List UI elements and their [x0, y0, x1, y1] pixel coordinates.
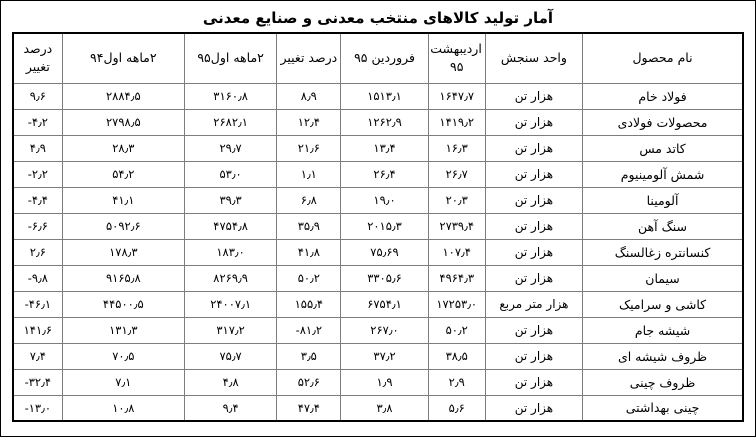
- pct-change-month-cell: ۱٫۱: [277, 161, 341, 187]
- value-2mo-95-cell: ۲۴۰۰۷٫۱: [184, 291, 276, 317]
- value-2mo-94-cell: ۵۴٫۲: [62, 161, 184, 187]
- product-name-cell: فولاد خام: [583, 83, 743, 109]
- pct-change-month-cell: ۴۷٫۴: [277, 395, 341, 421]
- unit-cell: هزار تن: [485, 343, 582, 369]
- value-ordibehesht-cell: ۱۷۲۵۳٫۰: [428, 291, 485, 317]
- header-row: نام محصول واحد سنجش اردیبهشت ۹۵ فروردین …: [13, 33, 743, 83]
- table-row: شیشه جامهزار تن۵۰٫۲۲۶۷٫۰-۸۱٫۲۳۱۷٫۲۱۳۱٫۳۱…: [13, 317, 743, 343]
- table-row: محصولات فولادیهزار تن۱۴۱۹٫۲۱۲۶۲٫۹۱۲٫۴۲۶۸…: [13, 109, 743, 135]
- value-ordibehesht-cell: ۴۹۶۴٫۳: [428, 265, 485, 291]
- value-2mo-95-cell: ۳۹٫۳: [184, 187, 276, 213]
- value-2mo-94-cell: ۲۷۹۸٫۵: [62, 109, 184, 135]
- product-name-cell: کاشی و سرامیک: [583, 291, 743, 317]
- table-row: ظروف چینیهزار تن۲٫۹۱٫۹۵۲٫۶۴٫۸۷٫۱-۳۲٫۴: [13, 369, 743, 395]
- value-farvardin-cell: ۲۰۱۵٫۳: [341, 213, 428, 239]
- header-pct-change-2mo: درصد تغییر: [13, 33, 62, 83]
- pct-change-2mo-cell: -۲٫۲: [13, 161, 62, 187]
- value-2mo-94-cell: ۲۸۸۴٫۵: [62, 83, 184, 109]
- header-product-name: نام محصول: [583, 33, 743, 83]
- product-name-cell: آلومینا: [583, 187, 743, 213]
- value-2mo-95-cell: ۷۵٫۷: [184, 343, 276, 369]
- value-2mo-95-cell: ۵۳٫۰: [184, 161, 276, 187]
- table-header: نام محصول واحد سنجش اردیبهشت ۹۵ فروردین …: [13, 33, 743, 83]
- product-name-cell: شیشه جام: [583, 317, 743, 343]
- pct-change-2mo-cell: -۴٫۴: [13, 187, 62, 213]
- value-2mo-94-cell: ۵۰۹۲٫۶: [62, 213, 184, 239]
- table-row: شمش آلومینیومهزار تن۲۶٫۷۲۶٫۴۱٫۱۵۳٫۰۵۴٫۲-…: [13, 161, 743, 187]
- value-2mo-94-cell: ۴۱٫۱: [62, 187, 184, 213]
- unit-cell: هزار تن: [485, 239, 582, 265]
- value-2mo-94-cell: ۴۴۵۰۰٫۵: [62, 291, 184, 317]
- table-row: کاتد مسهزار تن۱۶٫۳۱۳٫۴۲۱٫۶۲۹٫۷۲۸٫۳۴٫۹: [13, 135, 743, 161]
- value-2mo-95-cell: ۱۸۳٫۰: [184, 239, 276, 265]
- value-ordibehesht-cell: ۵۰٫۲: [428, 317, 485, 343]
- pct-change-month-cell: ۸٫۹: [277, 83, 341, 109]
- pct-change-2mo-cell: ۱۴۱٫۶: [13, 317, 62, 343]
- pct-change-2mo-cell: -۱۳٫۰: [13, 395, 62, 421]
- product-name-cell: سیمان: [583, 265, 743, 291]
- pct-change-month-cell: ۱۵۵٫۴: [277, 291, 341, 317]
- value-farvardin-cell: ۱۲۶۲٫۹: [341, 109, 428, 135]
- table-row: سیمانهزار تن۴۹۶۴٫۳۳۳۰۵٫۶۵۰٫۲۸۲۶۹٫۹۹۱۶۵٫۸…: [13, 265, 743, 291]
- value-ordibehesht-cell: ۱۶٫۳: [428, 135, 485, 161]
- header-unit: واحد سنجش: [485, 33, 582, 83]
- value-farvardin-cell: ۲۶۷٫۰: [341, 317, 428, 343]
- value-ordibehesht-cell: ۵٫۶: [428, 395, 485, 421]
- value-farvardin-cell: ۳٫۸: [341, 395, 428, 421]
- pct-change-month-cell: ۴۱٫۸: [277, 239, 341, 265]
- value-ordibehesht-cell: ۲٫۹: [428, 369, 485, 395]
- pct-change-month-cell: ۶٫۸: [277, 187, 341, 213]
- value-2mo-95-cell: ۴٫۸: [184, 369, 276, 395]
- unit-cell: هزار تن: [485, 369, 582, 395]
- pct-change-month-cell: ۳۵٫۹: [277, 213, 341, 239]
- pct-change-2mo-cell: ۲٫۶: [13, 239, 62, 265]
- unit-cell: هزار تن: [485, 161, 582, 187]
- value-2mo-94-cell: ۷۰٫۵: [62, 343, 184, 369]
- pct-change-2mo-cell: -۴۶٫۱: [13, 291, 62, 317]
- pct-change-2mo-cell: -۶٫۶: [13, 213, 62, 239]
- header-2mo-first-94: ۲ماهه اول۹۴: [62, 33, 184, 83]
- value-2mo-95-cell: ۹٫۴: [184, 395, 276, 421]
- value-ordibehesht-cell: ۲۶٫۷: [428, 161, 485, 187]
- value-ordibehesht-cell: ۱۴۱۹٫۲: [428, 109, 485, 135]
- table-row: آلومیناهزار تن۲۰٫۳۱۹٫۰۶٫۸۳۹٫۳۴۱٫۱-۴٫۴: [13, 187, 743, 213]
- value-farvardin-cell: ۲۶٫۴: [341, 161, 428, 187]
- value-2mo-94-cell: ۱۳۱٫۳: [62, 317, 184, 343]
- product-name-cell: کنسانتره زغالسنگ: [583, 239, 743, 265]
- value-2mo-94-cell: ۱۷۸٫۳: [62, 239, 184, 265]
- value-2mo-95-cell: ۲۶۸۲٫۱: [184, 109, 276, 135]
- pct-change-2mo-cell: -۳۲٫۴: [13, 369, 62, 395]
- pct-change-2mo-cell: ۴٫۹: [13, 135, 62, 161]
- document-frame: آمار تولید کالاهای منتخب معدنی و صنایع م…: [0, 0, 756, 437]
- value-ordibehesht-cell: ۱۰۷٫۴: [428, 239, 485, 265]
- value-2mo-95-cell: ۳۱۷٫۲: [184, 317, 276, 343]
- table-body: فولاد خامهزار تن۱۶۴۷٫۷۱۵۱۳٫۱۸٫۹۳۱۶۰٫۸۲۸۸…: [13, 83, 743, 421]
- page-title: آمار تولید کالاهای منتخب معدنی و صنایع م…: [1, 1, 755, 27]
- value-2mo-94-cell: ۱۰٫۸: [62, 395, 184, 421]
- value-2mo-94-cell: ۲۸٫۳: [62, 135, 184, 161]
- value-farvardin-cell: ۱۳٫۴: [341, 135, 428, 161]
- unit-cell: هزار تن: [485, 83, 582, 109]
- pct-change-month-cell: ۳٫۵: [277, 343, 341, 369]
- header-pct-change-month: درصد تغییر: [277, 33, 341, 83]
- product-name-cell: محصولات فولادی: [583, 109, 743, 135]
- value-2mo-94-cell: ۷٫۱: [62, 369, 184, 395]
- value-farvardin-cell: ۷۵٫۶۹: [341, 239, 428, 265]
- table-row: ظروف شیشه ایهزار تن۳۸٫۵۳۷٫۲۳٫۵۷۵٫۷۷۰٫۵۷٫…: [13, 343, 743, 369]
- table-row: چینی بهداشتیهزار تن۵٫۶۳٫۸۴۷٫۴۹٫۴۱۰٫۸-۱۳٫…: [13, 395, 743, 421]
- pct-change-month-cell: -۸۱٫۲: [277, 317, 341, 343]
- pct-change-month-cell: ۲۱٫۶: [277, 135, 341, 161]
- value-ordibehesht-cell: ۳۸٫۵: [428, 343, 485, 369]
- table-row: کاشی و سرامیکهزار متر مربع۱۷۲۵۳٫۰۶۷۵۴٫۱۱…: [13, 291, 743, 317]
- value-2mo-95-cell: ۸۲۶۹٫۹: [184, 265, 276, 291]
- unit-cell: هزار متر مربع: [485, 291, 582, 317]
- value-ordibehesht-cell: ۲۰٫۳: [428, 187, 485, 213]
- value-farvardin-cell: ۳۳۰۵٫۶: [341, 265, 428, 291]
- unit-cell: هزار تن: [485, 265, 582, 291]
- product-name-cell: سنگ آهن: [583, 213, 743, 239]
- production-stats-table: نام محصول واحد سنجش اردیبهشت ۹۵ فروردین …: [12, 32, 744, 422]
- unit-cell: هزار تن: [485, 135, 582, 161]
- pct-change-month-cell: ۱۲٫۴: [277, 109, 341, 135]
- header-farvardin-95: فروردین ۹۵: [341, 33, 428, 83]
- product-name-cell: ظروف چینی: [583, 369, 743, 395]
- value-2mo-95-cell: ۲۹٫۷: [184, 135, 276, 161]
- unit-cell: هزار تن: [485, 213, 582, 239]
- unit-cell: هزار تن: [485, 395, 582, 421]
- table-row: کنسانتره زغالسنگهزار تن۱۰۷٫۴۷۵٫۶۹۴۱٫۸۱۸۳…: [13, 239, 743, 265]
- unit-cell: هزار تن: [485, 109, 582, 135]
- unit-cell: هزار تن: [485, 187, 582, 213]
- value-2mo-95-cell: ۴۷۵۴٫۸: [184, 213, 276, 239]
- pct-change-2mo-cell: ۷٫۴: [13, 343, 62, 369]
- pct-change-2mo-cell: -۴٫۲: [13, 109, 62, 135]
- value-farvardin-cell: ۳۷٫۲: [341, 343, 428, 369]
- value-farvardin-cell: ۱۵۱۳٫۱: [341, 83, 428, 109]
- value-farvardin-cell: ۱٫۹: [341, 369, 428, 395]
- product-name-cell: کاتد مس: [583, 135, 743, 161]
- table-row: سنگ آهنهزار تن۲۷۳۹٫۴۲۰۱۵٫۳۳۵٫۹۴۷۵۴٫۸۵۰۹۲…: [13, 213, 743, 239]
- product-name-cell: ظروف شیشه ای: [583, 343, 743, 369]
- product-name-cell: شمش آلومینیوم: [583, 161, 743, 187]
- pct-change-2mo-cell: -۹٫۸: [13, 265, 62, 291]
- pct-change-month-cell: ۵۲٫۶: [277, 369, 341, 395]
- value-ordibehesht-cell: ۱۶۴۷٫۷: [428, 83, 485, 109]
- table-row: فولاد خامهزار تن۱۶۴۷٫۷۱۵۱۳٫۱۸٫۹۳۱۶۰٫۸۲۸۸…: [13, 83, 743, 109]
- pct-change-2mo-cell: ۹٫۶: [13, 83, 62, 109]
- value-ordibehesht-cell: ۲۷۳۹٫۴: [428, 213, 485, 239]
- value-farvardin-cell: ۶۷۵۴٫۱: [341, 291, 428, 317]
- value-farvardin-cell: ۱۹٫۰: [341, 187, 428, 213]
- header-ordibehesht-95: اردیبهشت ۹۵: [428, 33, 485, 83]
- value-2mo-95-cell: ۳۱۶۰٫۸: [184, 83, 276, 109]
- product-name-cell: چینی بهداشتی: [583, 395, 743, 421]
- unit-cell: هزار تن: [485, 317, 582, 343]
- header-2mo-first-95: ۲ماهه اول۹۵: [184, 33, 276, 83]
- pct-change-month-cell: ۵۰٫۲: [277, 265, 341, 291]
- value-2mo-94-cell: ۹۱۶۵٫۸: [62, 265, 184, 291]
